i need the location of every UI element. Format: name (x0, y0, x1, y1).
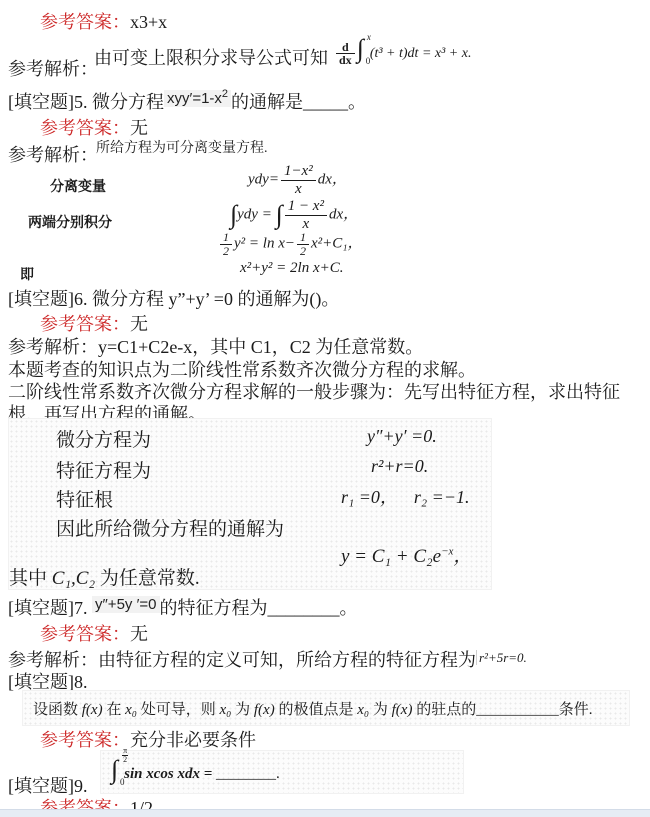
q5-step1-label-span: 分离变量 (50, 180, 106, 195)
q5-eq1: ydy=1−x²xdx， (248, 163, 347, 197)
q5-analysis-label-line: 参考解析： (8, 141, 98, 167)
q5-eq2-fraction: 1 − x²x (285, 198, 327, 232)
q7-answer-line: 参考答案：无 (40, 620, 148, 646)
q6-work-eq1: y″+y′ =0. (367, 426, 437, 447)
q5-eq3-rhs: x²+C₁， (311, 236, 363, 252)
ddx-num: d (336, 41, 355, 55)
q7-inline-formula: y″+5y ′=0 (92, 596, 160, 613)
q5-step3-label: 即 (20, 264, 34, 284)
q9-formula-body: sin xcos xdx = (124, 766, 216, 782)
q6-work-eq4a: y = C₁ + C₂e (341, 546, 441, 567)
q4-answer-line: 参考答案：x3+x (40, 8, 167, 34)
q9-integral-glyph: ∫ (111, 755, 118, 784)
q8-blank: ___________ (476, 702, 559, 718)
q6-work-tail-post: 为任意常数. (95, 568, 200, 589)
q5-eq4: x²+y² = 2ln x+C. (240, 260, 344, 277)
q5-analysis-text: 所给方程为可分离变量方程. (96, 137, 268, 157)
q5-title-prefix: [填空题]5. 微分方程 (8, 92, 164, 112)
q5-step3-label-span: 即 (20, 268, 34, 283)
q8-part8: 的极值点是 (275, 702, 358, 718)
q6-work-label4: 因此所给微分方程的通解为 (56, 514, 284, 541)
q4-analysis-text-span: 由可变上限积分求导公式可知 (94, 48, 328, 68)
q8-part7: f(x) (254, 702, 275, 718)
q6-work-eq4: y = C₁ + C₂e−x， (341, 541, 472, 568)
q5-eq3-mid: y² = ln x− (234, 236, 295, 252)
q9-blank: ________ (216, 766, 276, 782)
q4-answer-value: x3+x (130, 12, 167, 32)
q4-analysis-text: 由可变上限积分求导公式可知 (94, 44, 328, 70)
q5-step2-label-span: 两端分别积分 (28, 216, 112, 231)
q6-analysis-label: 参考解析： (8, 337, 98, 357)
q8-part6: 为 (231, 702, 254, 718)
ddx-fraction: ddx (336, 41, 355, 67)
q9-integral-sign: ∫π20 (111, 757, 118, 783)
q6-work-tail-math: C₁,C₂ (52, 568, 95, 589)
q6-work-eq3a: r₁ =0， (341, 487, 398, 507)
q6-work-label2: 特征方程为 (56, 456, 151, 483)
q4-analysis-label: 参考解析： (8, 59, 98, 79)
q5-eq2: ∫ydy = ∫1 − x²xdx， (230, 198, 358, 232)
q5-analysis-text-span: 所给方程为可分离变量方程. (96, 141, 268, 156)
q6-work-eq3b: r₂ =−1. (414, 487, 470, 507)
integral-sign: ∫x0 (357, 36, 364, 62)
q4-analysis-label-line: 参考解析： (8, 55, 98, 81)
q6-work-eq4-exp: −x (441, 546, 453, 558)
q5-eq2-num: 1 − x² (285, 198, 327, 216)
q7-analysis-text: 由特征方程的定义可知，所给方程的特征方程为 (98, 650, 476, 670)
q8-title-span: [填空题]8. (8, 672, 88, 692)
q6-work-tail-pre: 其中 (9, 568, 52, 589)
q8-part5: x₀ (220, 702, 232, 718)
q9-lower-limit: 0 (120, 777, 125, 787)
q8-answer-value: 充分非必要条件 (130, 730, 256, 750)
q5-title: [填空题]5. 微分方程xyy′=1-x2的通解是_____。 (8, 88, 366, 114)
q5-eq3-f2n: 1 (297, 231, 309, 245)
q5-eq3-f1n: 1 (220, 231, 232, 245)
q9-formula: ∫π20sin xcos xdx = ________. (111, 757, 280, 783)
q5-answer-value: 无 (130, 118, 148, 138)
q6-work-label1: 微分方程为 (56, 425, 151, 452)
q5-step2-label: 两端分别积分 (28, 212, 112, 232)
q5-eq3-frac2: 12 (297, 231, 309, 257)
q5-eq2-mid: ydy = (237, 206, 275, 222)
q6-work-eq3: r₁ =0，r₂ =−1. (341, 483, 469, 509)
q8-part1: f(x) (82, 702, 103, 718)
ddx-den: dx (336, 54, 355, 67)
q5-eq1-rhs: dx， (318, 171, 347, 187)
q4-formula-body: (t³ + t)dt = x³ + x. (370, 46, 472, 61)
q5-eq1-den: x (281, 181, 316, 198)
q6-note2-span: 二阶线性常系数齐次微分方程求解的一般步骤为：先写出特征方程，求出特征 (8, 382, 620, 402)
q8-part3: x₀ (125, 702, 137, 718)
q9-upper-limit: π2 (122, 747, 128, 764)
q6-work-eq4b: ， (453, 546, 472, 567)
q4-answer-label: 参考答案： (40, 12, 130, 32)
q7-answer-label: 参考答案： (40, 624, 130, 644)
q8-part0: 设函数 (33, 702, 82, 718)
q9-formula-end: . (276, 766, 280, 782)
q5-eq1-fraction: 1−x²x (281, 163, 316, 197)
q7-analysis-formula: r²+5r=0. (476, 650, 527, 665)
q8-part9: x₀ (357, 702, 369, 718)
q6-title-span: [填空题]6. 微分方程 y”+y’ =0 的通解为()。 (8, 289, 339, 309)
q5-eq2-int2: ∫ (276, 200, 283, 229)
integral-lower-limit: 0 (366, 56, 371, 66)
q5-inline-sup: 2 (222, 88, 228, 100)
page-bottom-edge (0, 809, 650, 817)
integral-upper-limit: x (367, 32, 371, 42)
q4-formula: ddx∫x0(t³ + t)dt = x³ + x. (334, 36, 471, 67)
q5-eq2-rhs: dx， (329, 206, 358, 222)
q7-title-prefix: [填空题]7. (8, 598, 88, 618)
q7-title: [填空题]7. y″+5y ′=0的特征方程为________。 (8, 594, 358, 620)
q5-analysis-label: 参考解析： (8, 145, 98, 165)
q5-step1-label: 分离变量 (50, 176, 106, 196)
q5-eq4-span: x²+y² = 2ln x+C. (240, 260, 344, 276)
q5-answer-label: 参考答案： (40, 118, 130, 138)
q6-work-label3: 特征根 (56, 485, 113, 512)
q6-answer-label: 参考答案： (40, 314, 130, 334)
q6-work-eq2: r²+r=0. (371, 456, 428, 477)
q9-upper-den: 2 (122, 756, 128, 764)
q6-answer-value: 无 (130, 314, 148, 334)
q8-statement: 设函数 f(x) 在 x₀ 处可导，则 x₀ 为 f(x) 的极值点是 x₀ 为… (33, 698, 592, 719)
q8-part2: 在 (103, 702, 126, 718)
q8-part10: 为 (369, 702, 392, 718)
q6-analysis-text: y=C1+C2e-x，其中 C1，C2 为任意常数。 (98, 337, 423, 357)
q8-part4: 处可导，则 (137, 702, 220, 718)
q5-eq3-frac1: 12 (220, 231, 232, 257)
q8-statement-image-block: 设函数 f(x) 在 x₀ 处可导，则 x₀ 为 f(x) 的极值点是 x₀ 为… (22, 690, 630, 726)
q5-eq1-lhs: ydy= (248, 171, 279, 187)
q8-part12: 的驻点的 (412, 702, 476, 718)
q5-inline-formula: xyy′=1-x2 (164, 90, 231, 107)
q5-inline-base: xyy′=1-x (167, 90, 222, 107)
q6-note1-span: 本题考查的知识点为二阶线性常系数齐次微分方程的求解。 (8, 360, 476, 380)
q8-answer-line: 参考答案：充分非必要条件 (40, 726, 256, 752)
q7-title-suffix: 的特征方程为________。 (160, 598, 358, 618)
q7-analysis-label: 参考解析： (8, 650, 98, 670)
q6-work-tail: 其中 C₁,C₂ 为任意常数. (9, 563, 200, 590)
q5-eq3-f1d: 2 (220, 245, 232, 258)
q6-solution-image-block: 微分方程为 y″+y′ =0. 特征方程为 r²+r=0. 特征根 r₁ =0，… (8, 418, 492, 590)
q5-eq1-num: 1−x² (281, 163, 316, 181)
q9-formula-image-block: ∫π20sin xcos xdx = ________. (100, 750, 464, 794)
q5-title-suffix: 的通解是_____。 (231, 92, 366, 112)
document-page: 参考答案：x3+x 参考解析： 由可变上限积分求导公式可知 ddx∫x0(t³ … (0, 0, 650, 817)
integral-glyph: ∫ (357, 34, 364, 63)
q8-answer-label: 参考答案： (40, 730, 130, 750)
q6-title: [填空题]6. 微分方程 y”+y’ =0 的通解为()。 (8, 285, 339, 311)
q7-answer-value: 无 (130, 624, 148, 644)
q5-eq3-f2d: 2 (297, 245, 309, 258)
q5-eq3: 12y² = ln x−12x²+C₁， (218, 231, 362, 257)
q8-part14: 条件. (559, 702, 593, 718)
q9-title-span: [填空题]9. (8, 776, 88, 796)
q8-part11: f(x) (392, 702, 413, 718)
